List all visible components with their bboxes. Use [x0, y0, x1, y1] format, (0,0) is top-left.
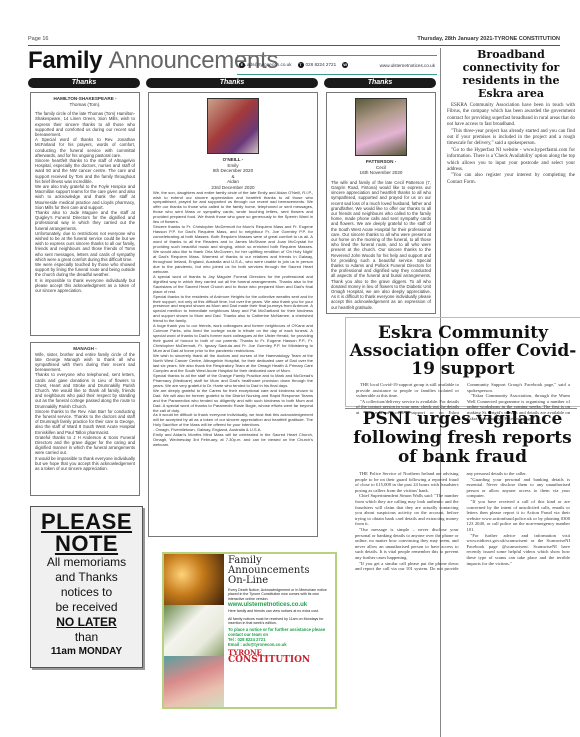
notice-paragraph: We wish to sincerely thank all the docto…	[153, 354, 313, 374]
article-paragraph: THE local Covid-19 support group is stil…	[356, 382, 459, 399]
phone-contact[interactable]: T028 8224 2721	[298, 62, 337, 68]
notice-paragraph: Sincere thanks to Fr. Christopher McDerm…	[153, 225, 313, 275]
dateline: Thursday, 28th January 2021-TYRONE CONST…	[417, 36, 560, 42]
notice-managh: MANAGH - Wife, sister, brother and entir…	[30, 342, 140, 496]
eskra-covid-article: Eskra Community Association offer Covid-…	[345, 317, 580, 407]
ad-contact: To place a notice or for further assista…	[228, 627, 333, 637]
article-headline: PSNI urges vigilance following fresh rep…	[345, 410, 580, 467]
contact-bar: Eads@tyronecon.co.uk T028 8224 2721 W ww…	[237, 55, 437, 75]
notice-paragraph: Wife, sister, brother and entire family …	[35, 352, 135, 373]
please-note-box: PLEASE NOTE All memoriams and Thanks not…	[30, 506, 143, 668]
notice-paragraph: We were especially touched by those who …	[35, 262, 135, 278]
please-note-text: notices to	[31, 585, 142, 600]
online-notices-ad[interactable]: Family Announcements On-Line Every Death…	[162, 552, 337, 709]
notice-paragraph: As it would be difficult to thank everyo…	[153, 413, 313, 428]
psni-fraud-article: PSNI urges vigilance following fresh rep…	[345, 410, 580, 572]
notice-paragraph: Special thanks to the residents of Ardmo…	[153, 295, 313, 325]
article-paragraph: "This three-year project has already sta…	[447, 129, 575, 148]
notice-paragraph: Thanks to everyone who telephoned, sent …	[35, 372, 135, 408]
article-headline: Broadband connectivity for residents in …	[444, 48, 578, 100]
ad-text: Here family and friends can view notices…	[228, 609, 333, 613]
notice-paragraph: It is impossible to thank everyone indiv…	[35, 278, 135, 294]
section-bar-thanks-2: Thanks	[146, 78, 318, 88]
article-paragraph: "If you have received a call of this kin…	[467, 499, 571, 533]
ad-url-link[interactable]: www.ulsternetnotices.co.uk	[228, 601, 333, 609]
ad-title: On-Line	[228, 576, 333, 586]
broadband-article: Broadband connectivity for residents in …	[444, 48, 578, 186]
ad-images	[164, 554, 224, 707]
page-number: Page 16	[28, 36, 49, 42]
please-note-line2: NOTE	[31, 533, 142, 555]
ad-intro: Every Death Notice, Acknowledgement or I…	[228, 588, 333, 601]
please-note-time: 11am MONDAY	[31, 645, 142, 659]
notice-paragraph: A special word of thanks to Jay Maguire …	[153, 275, 313, 295]
notice-paragraph: It would be impossible to thank everyone…	[35, 456, 135, 472]
oneill-photo	[207, 98, 259, 154]
notice-paragraph: The wife and family of the late Cecil Pa…	[331, 180, 431, 310]
patterson-photo	[355, 98, 407, 156]
article-paragraph: ESKRA Community Association have been in…	[447, 103, 575, 129]
please-note-text: be received	[31, 600, 142, 615]
please-note-text: All memoriams	[31, 555, 142, 570]
notice-paragraph: Sincere thanks to the Rev. Alan Barr for…	[35, 409, 135, 435]
ad-email[interactable]: Email : ads@tyronecon.co.uk	[228, 642, 333, 647]
article-paragraph: "You can also register your interest by …	[447, 173, 575, 186]
notice-paragraph: A Special word of thanks to Rev. Jonatha…	[35, 137, 135, 158]
notice-paragraph: We, the son, daughters and entire family…	[153, 191, 313, 226]
article-paragraph: "Go to the Hyperfast NI website - www.hy…	[447, 148, 575, 174]
please-note-text: than	[31, 630, 142, 645]
notice-paragraph: Sincere heartfelt thanks to the staff of…	[35, 158, 135, 184]
notice-paragraph: Unfortunately, due to restrictions not e…	[35, 231, 135, 262]
notice-paragraph: The family circle of the late Thomas (To…	[35, 111, 135, 137]
email-contact[interactable]: Eads@tyronecon.co.uk	[239, 62, 292, 68]
hands-image	[164, 656, 224, 707]
notice-paragraph: Grateful thanks to J H Anderson & Sons F…	[35, 435, 135, 456]
notice-paragraph: We are deeply grateful to the Carers for…	[153, 389, 313, 414]
website-link[interactable]: www.ulsternetnotices.co.uk	[380, 63, 437, 68]
article-paragraph: "Guarding your personal and banking deta…	[467, 477, 571, 499]
title-word-family: Family	[28, 47, 102, 74]
notice-paragraph: A huge thank you to our friends, work co…	[153, 324, 313, 354]
notice-patterson: PATTERSON - Cecil 16th November 2020 The…	[326, 92, 436, 314]
section-bar-thanks-1: Thanks	[28, 78, 140, 88]
candles-image	[164, 554, 224, 605]
section-bar-thanks-3: Thanks	[324, 78, 436, 88]
email-icon: E	[239, 62, 245, 68]
please-note-line1: PLEASE	[31, 511, 142, 533]
please-note-deadline: NO LATER	[31, 615, 142, 630]
article-paragraph: Chief Superintendent Simon Walls said: "…	[355, 493, 459, 527]
notice-oneill: O'NEILL - Emily 8th December 2020 & Aida…	[148, 92, 318, 537]
article-paragraph: "For further advice and information visi…	[467, 533, 571, 567]
article-paragraph: THE Police Service of Northern Ireland a…	[355, 471, 459, 493]
notice-paragraph: We are also truly grateful to the Foyle …	[35, 184, 135, 210]
tyrone-constitution-logo: CONSTITUTION	[228, 656, 333, 665]
notice-hamilton-shakespeare: HAMILTON-SHAKESPEARE - Thomas (Tom). The…	[30, 92, 140, 336]
phone-icon: T	[298, 62, 304, 68]
article-headline: Eskra Community Association offer Covid-…	[346, 324, 580, 378]
notice-paragraph: Emily and Aidan's Months Mind Mass will …	[153, 433, 313, 448]
ad-deadline: All family notices must be received by 1…	[228, 617, 333, 626]
please-note-text: and Thanks	[31, 570, 142, 585]
notice-paragraph: Thanks also to Jude Maguire and the staf…	[35, 210, 135, 231]
article-paragraph: "Our message is simple – never disclose …	[355, 527, 459, 561]
notice-paragraph: Special thanks to all the staff of the G…	[153, 374, 313, 389]
lily-image	[164, 605, 224, 656]
web-icon: W	[342, 62, 348, 68]
